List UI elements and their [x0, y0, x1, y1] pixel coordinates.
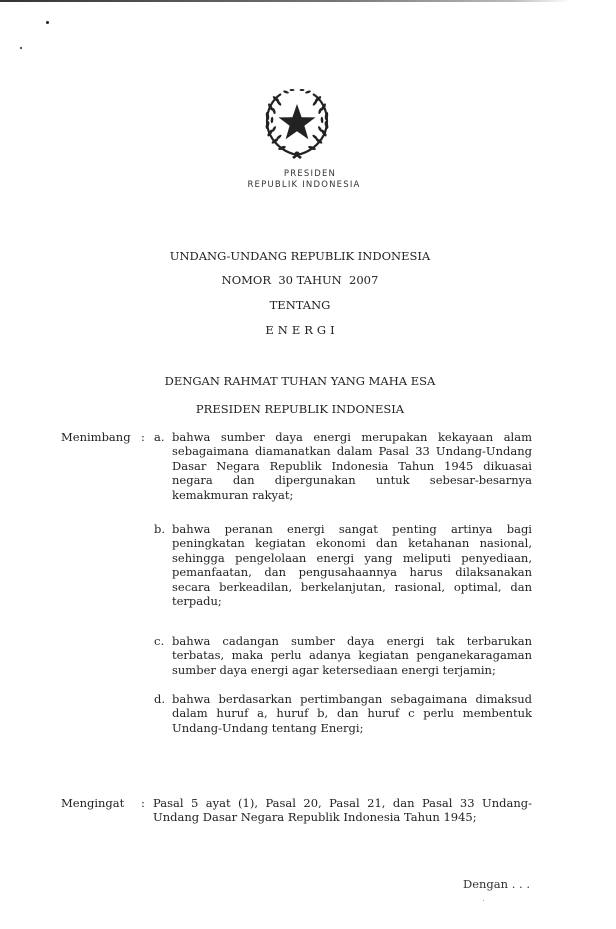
item-letter-b: b.	[154, 522, 165, 536]
scan-speck	[20, 47, 22, 49]
presidential-emblem-icon	[259, 85, 335, 161]
paragraph-line: dalam huruf a, huruf b, dan huruf c perl…	[172, 706, 532, 720]
mengingat-colon: :	[141, 796, 145, 810]
paragraph-line: bahwa cadangan sumber daya energi tak te…	[172, 634, 532, 648]
paragraph-line: Dasar Negara Republik Indonesia Tahun 19…	[172, 459, 532, 473]
item-letter-a: a.	[154, 430, 165, 444]
paragraph-line: negara dan dipergunakan untuk sebesar-be…	[172, 473, 532, 487]
consideration-c: bahwa cadangan sumber daya energi tak te…	[172, 634, 532, 677]
emblem-caption-presiden: PRESIDEN	[2, 169, 616, 179]
paragraph-line: sehingga pengelolaan energi yang meliput…	[172, 551, 532, 565]
law-title: UNDANG-UNDANG REPUBLIK INDONESIA	[0, 249, 600, 263]
paragraph-line: Undang Dasar Negara Republik Indonesia T…	[153, 810, 532, 824]
issuer: PRESIDEN REPUBLIK INDONESIA	[0, 402, 600, 416]
menimbang-label: Menimbang	[61, 430, 131, 444]
law-subject: ENERGI	[2, 323, 602, 337]
scan-speck	[46, 21, 49, 24]
paragraph-line: bahwa berdasarkan pertimbangan sebagaima…	[172, 692, 532, 706]
mengingat-text: Pasal 5 ayat (1), Pasal 20, Pasal 21, da…	[153, 796, 532, 825]
paragraph-line: pemanfaatan, dan pengusahaannya harus di…	[172, 565, 532, 579]
paragraph-line: kemakmuran rakyat;	[172, 488, 532, 502]
paragraph-line: sumber daya energi agar ketersediaan ene…	[172, 663, 532, 677]
paragraph-line: Pasal 5 ayat (1), Pasal 20, Pasal 21, da…	[153, 796, 532, 810]
scan-speck	[483, 900, 484, 901]
paragraph-line: peningkatan kegiatan ekonomi dan ketahan…	[172, 536, 532, 550]
invocation: DENGAN RAHMAT TUHAN YANG MAHA ESA	[0, 374, 600, 388]
paragraph-line: sebagaimana diamanatkan dalam Pasal 33 U…	[172, 444, 532, 458]
mengingat-label: Mengingat	[61, 796, 124, 810]
paragraph-line: secara berkeadilan, berkelanjutan, rasio…	[172, 580, 532, 594]
paragraph-line: terpadu;	[172, 594, 532, 608]
paragraph-line: terbatas, maka perlu adanya kegiatan pen…	[172, 648, 532, 662]
consideration-b: bahwa peranan energi sangat penting arti…	[172, 522, 532, 608]
law-about: TENTANG	[0, 298, 600, 312]
emblem-caption-republik: REPUBLIK INDONESIA	[0, 180, 612, 190]
consideration-a: bahwa sumber daya energi merupakan kekay…	[172, 430, 532, 502]
paragraph-line: bahwa sumber daya energi merupakan kekay…	[172, 430, 532, 444]
item-letter-d: d.	[154, 692, 165, 706]
paragraph-line: bahwa peranan energi sangat penting arti…	[172, 522, 532, 536]
item-letter-c: c.	[154, 634, 164, 648]
paragraph-line: Undang-Undang tentang Energi;	[172, 721, 532, 735]
scan-top-edge	[0, 0, 570, 2]
menimbang-colon: :	[141, 430, 145, 444]
law-number: NOMOR 30 TAHUN 2007	[0, 273, 600, 287]
continuation-text: Dengan . . .	[463, 877, 530, 891]
consideration-d: bahwa berdasarkan pertimbangan sebagaima…	[172, 692, 532, 735]
